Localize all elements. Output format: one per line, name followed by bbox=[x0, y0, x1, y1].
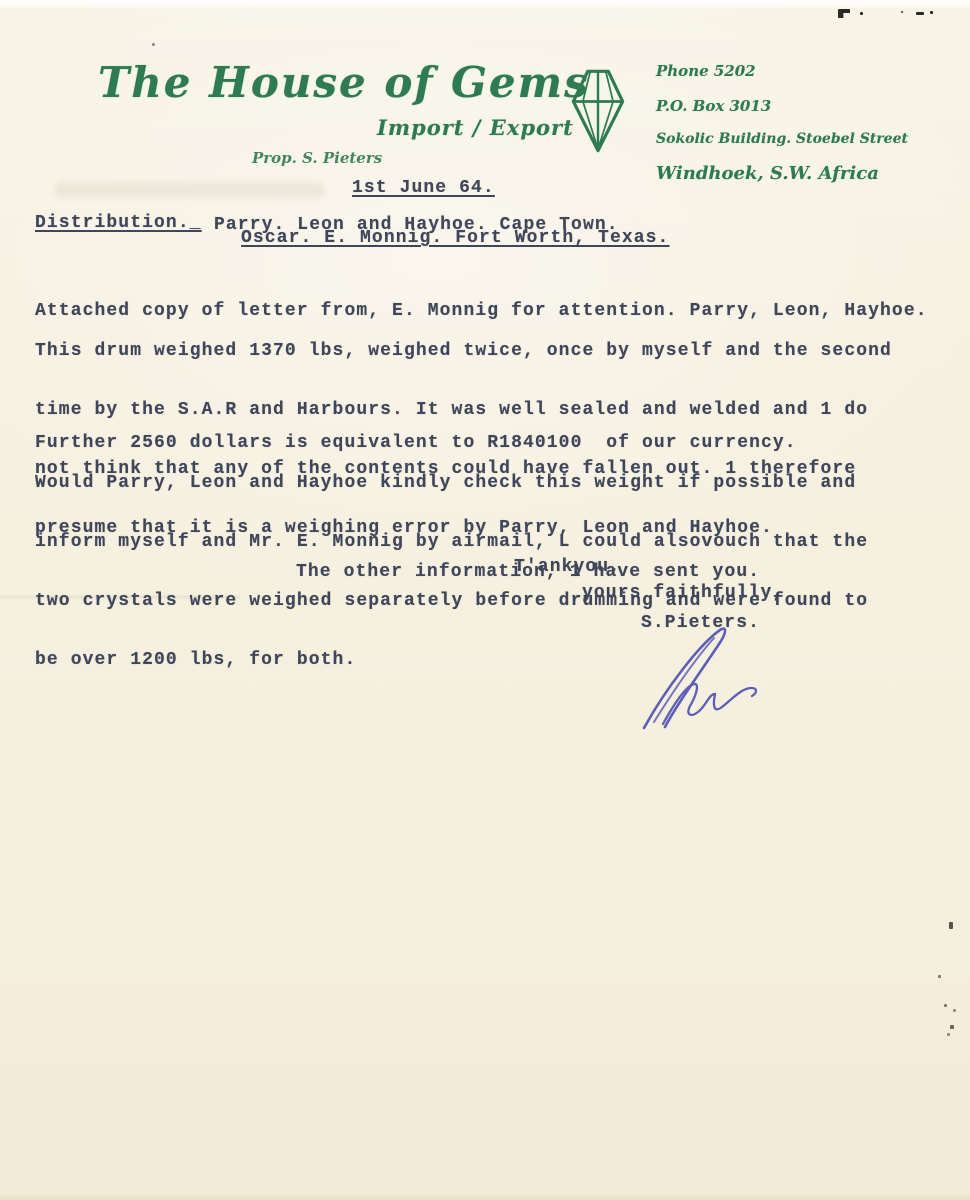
scan-speck bbox=[930, 11, 933, 14]
scan-speck bbox=[938, 975, 941, 978]
distribution-line: Oscar. E. Monnig. Fort Worth, Texas. bbox=[241, 229, 669, 249]
scan-speck bbox=[944, 1004, 947, 1007]
paper-bottom-edge bbox=[0, 1194, 970, 1200]
contact-phone: Phone 5202 bbox=[656, 62, 756, 80]
closing-thanks: T'ankyou, bbox=[514, 558, 621, 578]
handwritten-signature bbox=[630, 624, 770, 741]
scan-speck bbox=[901, 11, 903, 13]
body-line: This drum weighed 1370 lbs, weighed twic… bbox=[35, 342, 892, 362]
date-line: 1st June 64. bbox=[352, 179, 495, 199]
contact-pobox: P.O. Box 3013 bbox=[656, 97, 771, 115]
scan-speck bbox=[950, 1025, 954, 1029]
distribution-label: Distribution._ bbox=[35, 214, 202, 234]
gem-icon bbox=[571, 68, 625, 159]
company-tagline: Import / Export bbox=[377, 115, 574, 140]
scan-speck bbox=[949, 922, 953, 929]
contact-city: Windhoek, S.W. Africa bbox=[656, 163, 879, 184]
scan-smudge bbox=[55, 182, 325, 198]
company-name: The House of Gems bbox=[98, 58, 590, 107]
contact-address: Sokolic Building. Stoebel Street bbox=[656, 131, 908, 147]
scan-speck bbox=[947, 1033, 950, 1036]
scan-speck bbox=[152, 43, 155, 46]
scan-speck bbox=[916, 12, 924, 15]
body-line: Would Parry, Leon and Hayhoe kindly chec… bbox=[35, 474, 868, 494]
scan-speck bbox=[860, 12, 863, 15]
paper-top-edge bbox=[0, 0, 970, 9]
proprietor-line: Prop. S. Pieters bbox=[252, 149, 382, 167]
closing-valediction: yours faithfully, bbox=[582, 584, 784, 604]
scan-speck bbox=[953, 1009, 956, 1012]
scan-speck bbox=[838, 9, 850, 18]
scanned-letter-page: { "letterhead": { "company": "The House … bbox=[0, 0, 970, 1200]
